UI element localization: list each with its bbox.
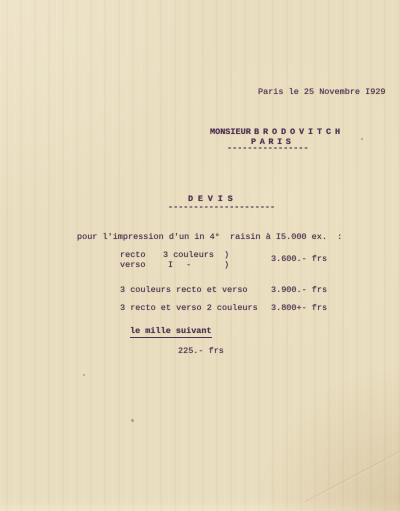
- option1-row1-brace: ): [224, 251, 229, 260]
- addressee-salutation: MONSIEUR: [210, 128, 251, 137]
- date-line: Paris le 25 Novembre I929: [258, 88, 386, 97]
- option1-row2-verso: verso: [120, 261, 146, 270]
- option2-label: 3 couleurs recto et verso: [120, 286, 248, 295]
- option1-row1-recto: recto: [120, 251, 146, 260]
- paper-speck: [83, 374, 85, 376]
- addressee-underline-dashes: ----------------: [227, 144, 309, 153]
- option1-row1-colors: 3 couleurs: [163, 251, 214, 260]
- paper-crease: [306, 435, 400, 502]
- paper-speck: [361, 138, 363, 140]
- mille-suivant-price: 225.- frs: [178, 347, 224, 356]
- option2-price: 3.900.- frs: [271, 286, 327, 295]
- addressee-name: BRODOVITCH: [254, 128, 344, 137]
- option3-price: 3.800+- frs: [271, 304, 327, 313]
- option1-row2-brace: ): [224, 261, 229, 270]
- mille-suivant-heading: le mille suivant: [130, 327, 212, 338]
- option1-row2-ditto: -: [186, 261, 191, 270]
- typewritten-quote-document: Paris le 25 Novembre I929 MONSIEUR BRODO…: [0, 0, 400, 511]
- option3-label: 3 recto et verso 2 couleurs: [120, 304, 258, 313]
- option1-row2-count: I: [168, 261, 173, 270]
- paper-speck: [131, 419, 134, 422]
- title-underline-dashes: ---------------------: [168, 203, 275, 212]
- option1-price: 3.600.- frs: [271, 255, 327, 264]
- intro-line: pour l'impression d'un in 4° raisin à I5…: [77, 233, 342, 242]
